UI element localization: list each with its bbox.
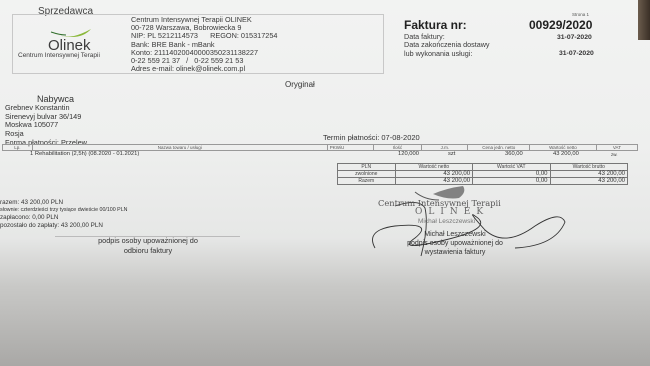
col-header: Wartość netto <box>530 145 597 151</box>
summary-net: 43 200,00 <box>395 178 472 185</box>
summary-gross: 43 200,00 <box>550 171 628 178</box>
items-header-row: Lp. Nazwa towaru / usługi PKWiU Ilość J.… <box>3 145 638 151</box>
issuer-name: Michał Leszczewski <box>380 230 530 239</box>
col-header: Lp. <box>3 145 33 151</box>
table-row: zwolnione 43 200,00 0,00 43 200,00 <box>338 171 628 178</box>
seller-email: Adres e-mail: olinek@olinek.com.pl <box>131 65 277 73</box>
summary-label: zwolnione <box>338 171 396 178</box>
seller-details: Centrum Intensywnej Terapii OLINEK 00-72… <box>131 16 277 73</box>
receiver-signature-label: podpis osoby upoważnionej do odbioru fak… <box>78 236 218 256</box>
col-header: Ilość <box>373 145 421 151</box>
issuer-signature-text: podpis osoby upoważnionej do <box>380 239 530 248</box>
summary-gross: 43 200,00 <box>550 178 628 185</box>
item-vat: zw. <box>611 152 618 157</box>
item-name: Rehabilitation (2,5h) (08.2020 - 01.2021… <box>35 151 139 157</box>
items-table: Lp. Nazwa towaru / usługi PKWiU Ilość J.… <box>2 144 638 151</box>
col-header: PKWiU <box>327 145 373 151</box>
receiver-signature-text: podpis osoby upoważnionej do <box>78 236 218 246</box>
page-number: Strona 1 <box>572 12 589 17</box>
invoice-number: 00929/2020 <box>529 18 592 32</box>
col-header: Cena jedn. netto <box>468 145 530 151</box>
item-unit: szt <box>448 151 455 157</box>
logo-subtitle: Centrum Intensywnej Terapii <box>18 52 100 59</box>
invoice-date-value: 31-07-2020 <box>557 34 592 41</box>
issuer-signature-label: Michał Leszczewski podpis osoby upoważni… <box>380 230 530 257</box>
background-object <box>638 0 650 40</box>
summary-label: Razem <box>338 178 396 185</box>
total-amount: razem: 43 200,00 PLN <box>0 199 127 207</box>
receiver-signature-text-2: odbioru faktury <box>78 246 218 256</box>
item-unit-price: 360,00 <box>505 151 523 157</box>
issuer-signature-text-2: wystawienia faktury <box>380 248 530 257</box>
delivery-date-value: 31-07-2020 <box>559 50 594 57</box>
col-header: Nazwa towaru / usługi <box>32 145 327 151</box>
remaining-amount: pozostało do zapłaty: 43 200,00 PLN <box>0 222 127 230</box>
col-header: Wartość VAT <box>473 164 550 171</box>
invoice-title: Faktura nr: <box>404 18 467 32</box>
summary-vat: 0,00 <box>473 171 550 178</box>
buyer-details: Grebnev Konstantin Sirenevyj bulvar 36/1… <box>5 104 87 148</box>
delivery-date-label-2: lub wykonania usługi: <box>404 50 490 58</box>
summary-net: 43 200,00 <box>395 171 472 178</box>
col-header: VAT <box>596 145 637 151</box>
table-row: Razem 43 200,00 0,00 43 200,00 <box>338 178 628 185</box>
summary-table: PLN Wartość netto Wartość VAT Wartość br… <box>337 163 628 185</box>
summary-vat: 0,00 <box>473 178 550 185</box>
totals-block: razem: 43 200,00 PLN słownie: czterdzieś… <box>0 199 127 229</box>
item-qty: 120,000 <box>398 151 419 157</box>
item-lp: 1 <box>30 151 33 157</box>
total-in-words: słownie: czterdzieści trzy tysiące dwieś… <box>0 207 127 215</box>
payment-term: Termin płatności: 07-08-2020 <box>323 133 420 142</box>
invoice-meta-labels: Data faktury: Data zakończenia dostawy l… <box>404 33 490 58</box>
copy-type: Oryginał <box>285 80 315 89</box>
summary-header-row: PLN Wartość netto Wartość VAT Wartość br… <box>338 164 628 171</box>
item-net-value: 43 200,00 <box>553 151 579 157</box>
col-header: Wartość brutto <box>550 164 628 171</box>
paid-amount: zapłacono: 0,00 PLN <box>0 214 127 222</box>
stamp-person: Michał Leszczewski <box>418 218 475 225</box>
stamp-brand: OLINEK <box>415 207 489 217</box>
col-header: J.m. <box>422 145 468 151</box>
table-row: 1 Rehabilitation (2,5h) (08.2020 - 01.20… <box>30 151 139 157</box>
col-header: PLN <box>338 164 396 171</box>
col-header: Wartość netto <box>395 164 472 171</box>
